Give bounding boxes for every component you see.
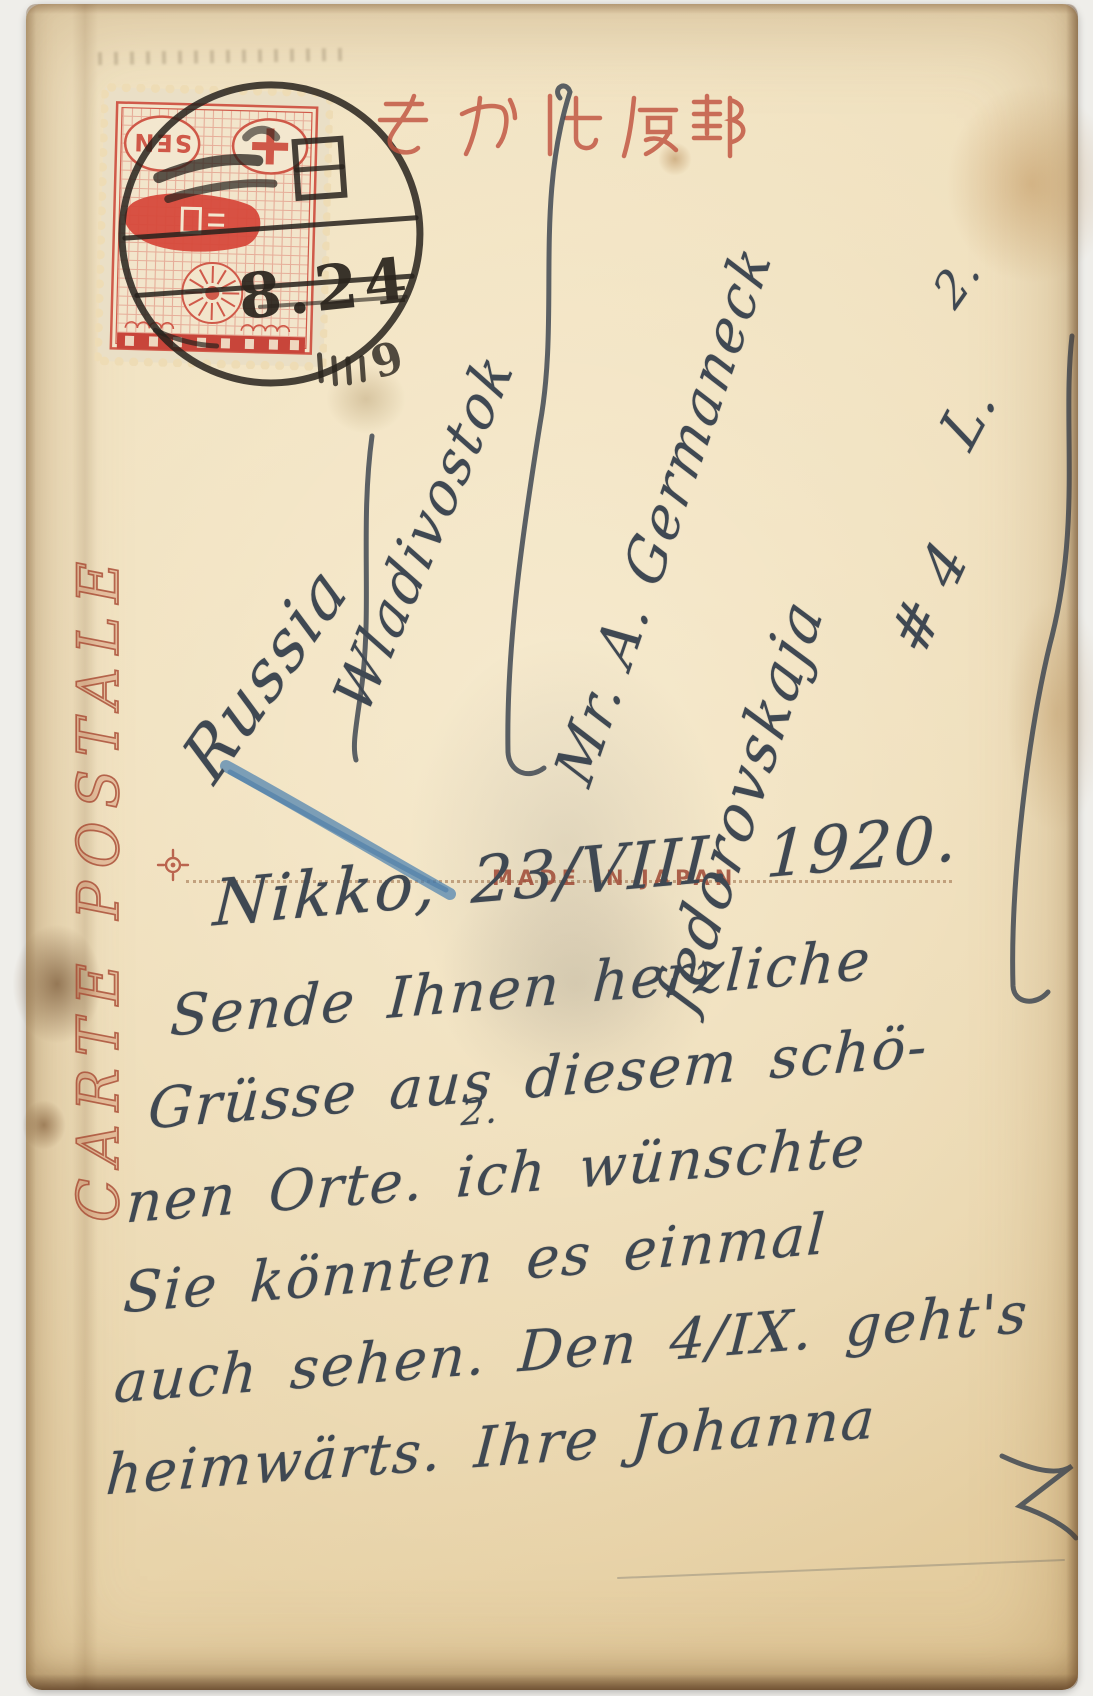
card-edge-bottom: [26, 1674, 1078, 1690]
signature-flourish: [1002, 1456, 1076, 1538]
flourish-stroke: [508, 86, 570, 774]
flourish-stroke: [1013, 336, 1072, 1001]
card-edge-top: [26, 4, 1078, 14]
postcard-scan: SEN: [0, 0, 1093, 1696]
postcard: SEN: [26, 4, 1078, 1690]
card-edge-right: [1066, 4, 1078, 1690]
card-edge-left: [26, 4, 36, 1690]
faint-underline: [618, 1560, 1064, 1578]
